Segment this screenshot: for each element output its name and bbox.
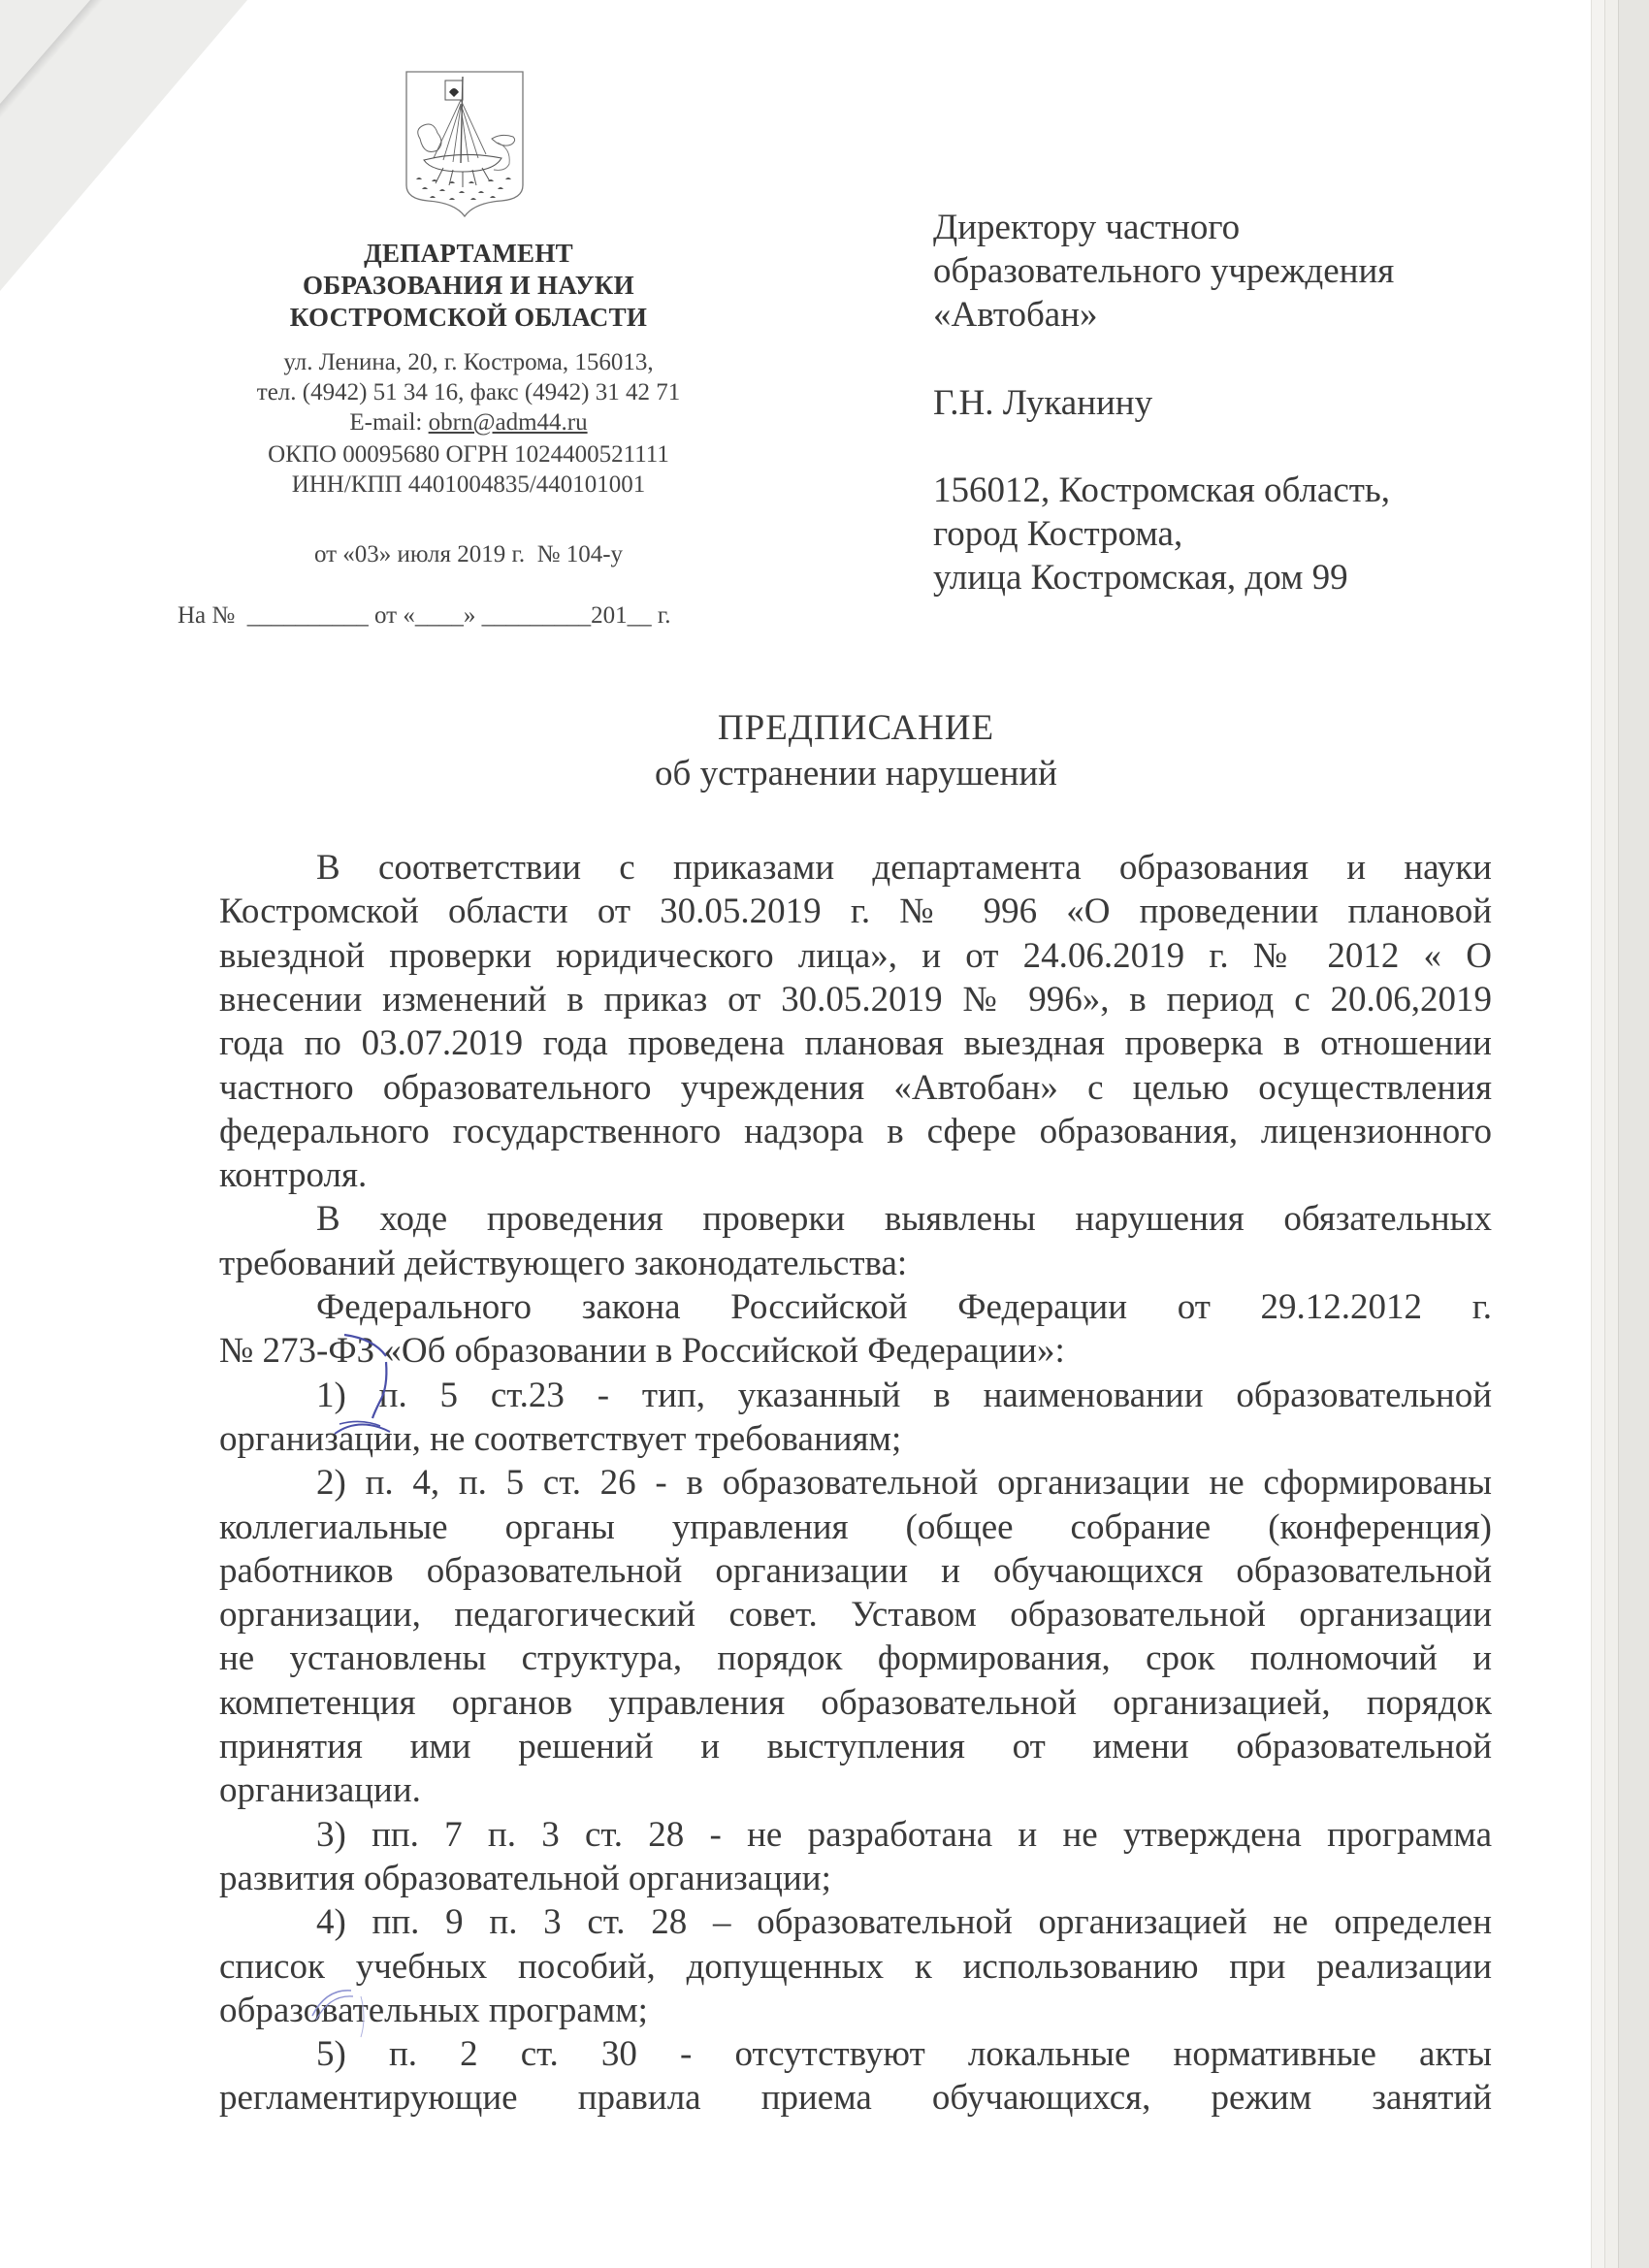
body-line: 3) пп. 7 п. 3 ст. 28 - не разработана и … <box>316 1813 1492 1857</box>
body-line: 5) п. 2 ст. 30 - отсутствуют локальные н… <box>316 2032 1492 2076</box>
body-line: список учебных пособий, допущенных к исп… <box>219 1945 1492 1989</box>
org-email-line: E-mail: obrn@adm44.ru <box>158 407 779 437</box>
body-line: федерального государственного надзора в … <box>219 1110 1492 1153</box>
body-line: компетенция органов управления образоват… <box>219 1681 1492 1725</box>
body-line: принятия ими решений и выступления от им… <box>219 1725 1492 1768</box>
org-name-line-3: КОСТРОМСКОЙ ОБЛАСТИ <box>158 302 779 333</box>
email-link[interactable]: obrn@adm44.ru <box>429 409 588 436</box>
addressee-postal-line-2: город Кострома, <box>933 512 1182 556</box>
org-inn-kpp: ИНН/КПП 4401004835/440101001 <box>158 470 779 500</box>
body-line: требований действующего законодательства… <box>219 1242 1492 1285</box>
body-line: В ходе проведения проверки выявлены нару… <box>316 1197 1492 1241</box>
body-line: № 273-ФЗ «Об образовании в Российской Фе… <box>219 1329 1492 1373</box>
paper-stack-edge <box>1604 0 1619 2268</box>
document-subtitle: об устранении нарушений <box>0 752 1649 795</box>
body-line: развития образовательной организации; <box>219 1857 1492 1900</box>
body-line: Федерального закона Российской Федерации… <box>316 1285 1492 1329</box>
body-line: 4) пп. 9 п. 3 ст. 28 – образовательной о… <box>316 1900 1492 1944</box>
outgoing-reference: от «03» июля 2019 г. № 104-у <box>158 539 779 569</box>
body-line: В соответствии с приказами департамента … <box>316 846 1492 890</box>
addressee-postal-line-1: 156012, Костромская область, <box>933 469 1390 512</box>
body-line: организации, не соответствует требования… <box>219 1417 1492 1461</box>
document-title: ПРЕДПИСАНИЕ <box>0 706 1649 750</box>
body-line: организации. <box>219 1768 1492 1812</box>
body-line: организации, педагогический совет. Устав… <box>219 1593 1492 1636</box>
addressee-position-line-3: «Автобан» <box>933 293 1098 337</box>
email-label: E-mail: <box>349 409 428 436</box>
body-line: контроля. <box>219 1153 1492 1197</box>
body-line: выездной проверки юридического лица», и … <box>219 934 1492 978</box>
body-line: внесении изменений в приказ от 30.05.201… <box>219 978 1492 1021</box>
body-line: 2) п. 4, п. 5 ст. 26 - в образовательной… <box>316 1461 1492 1505</box>
addressee-postal-line-3: улица Костромская, дом 99 <box>933 556 1348 599</box>
org-name-line-1: ДЕПАРТАМЕНТ <box>158 238 779 269</box>
org-address: ул. Ленина, 20, г. Кострома, 156013, <box>158 347 779 377</box>
body-line: образовательных программ; <box>219 1989 1492 2032</box>
org-okpo-ogrn: ОКПО 00095680 ОГРН 1024400521111 <box>158 439 779 470</box>
kostroma-coat-of-arms-icon <box>404 71 525 218</box>
body-line: года по 03.07.2019 года проведена планов… <box>219 1021 1492 1065</box>
paper-stack-edge <box>1618 0 1649 2268</box>
body-line: частного образовательного учреждения «Ав… <box>219 1066 1492 1110</box>
addressee-position-line-1: Директору частного <box>933 206 1240 249</box>
body-line: Костромской области от 30.05.2019 г. № 9… <box>219 890 1492 933</box>
paper-stack-edge <box>1591 0 1605 2268</box>
body-line: 1) п. 5 ст.23 - тип, указанный в наимено… <box>316 1374 1492 1417</box>
org-phone-fax: тел. (4942) 51 34 16, факс (4942) 31 42 … <box>158 377 779 407</box>
body-line: регламентирующие правила приема обучающи… <box>219 2076 1492 2120</box>
body-line: работников образовательной организации и… <box>219 1549 1492 1593</box>
addressee-position-line-2: образовательного учреждения <box>933 249 1394 293</box>
org-name-line-2: ОБРАЗОВАНИЯ И НАУКИ <box>158 270 779 301</box>
body-line: коллегиальные органы управления (общее с… <box>219 1506 1492 1549</box>
body-line: не установлены структура, порядок формир… <box>219 1636 1492 1680</box>
addressee-name: Г.Н. Луканину <box>933 381 1152 425</box>
reply-reference: На № __________ от «____» _________201__… <box>178 600 671 631</box>
